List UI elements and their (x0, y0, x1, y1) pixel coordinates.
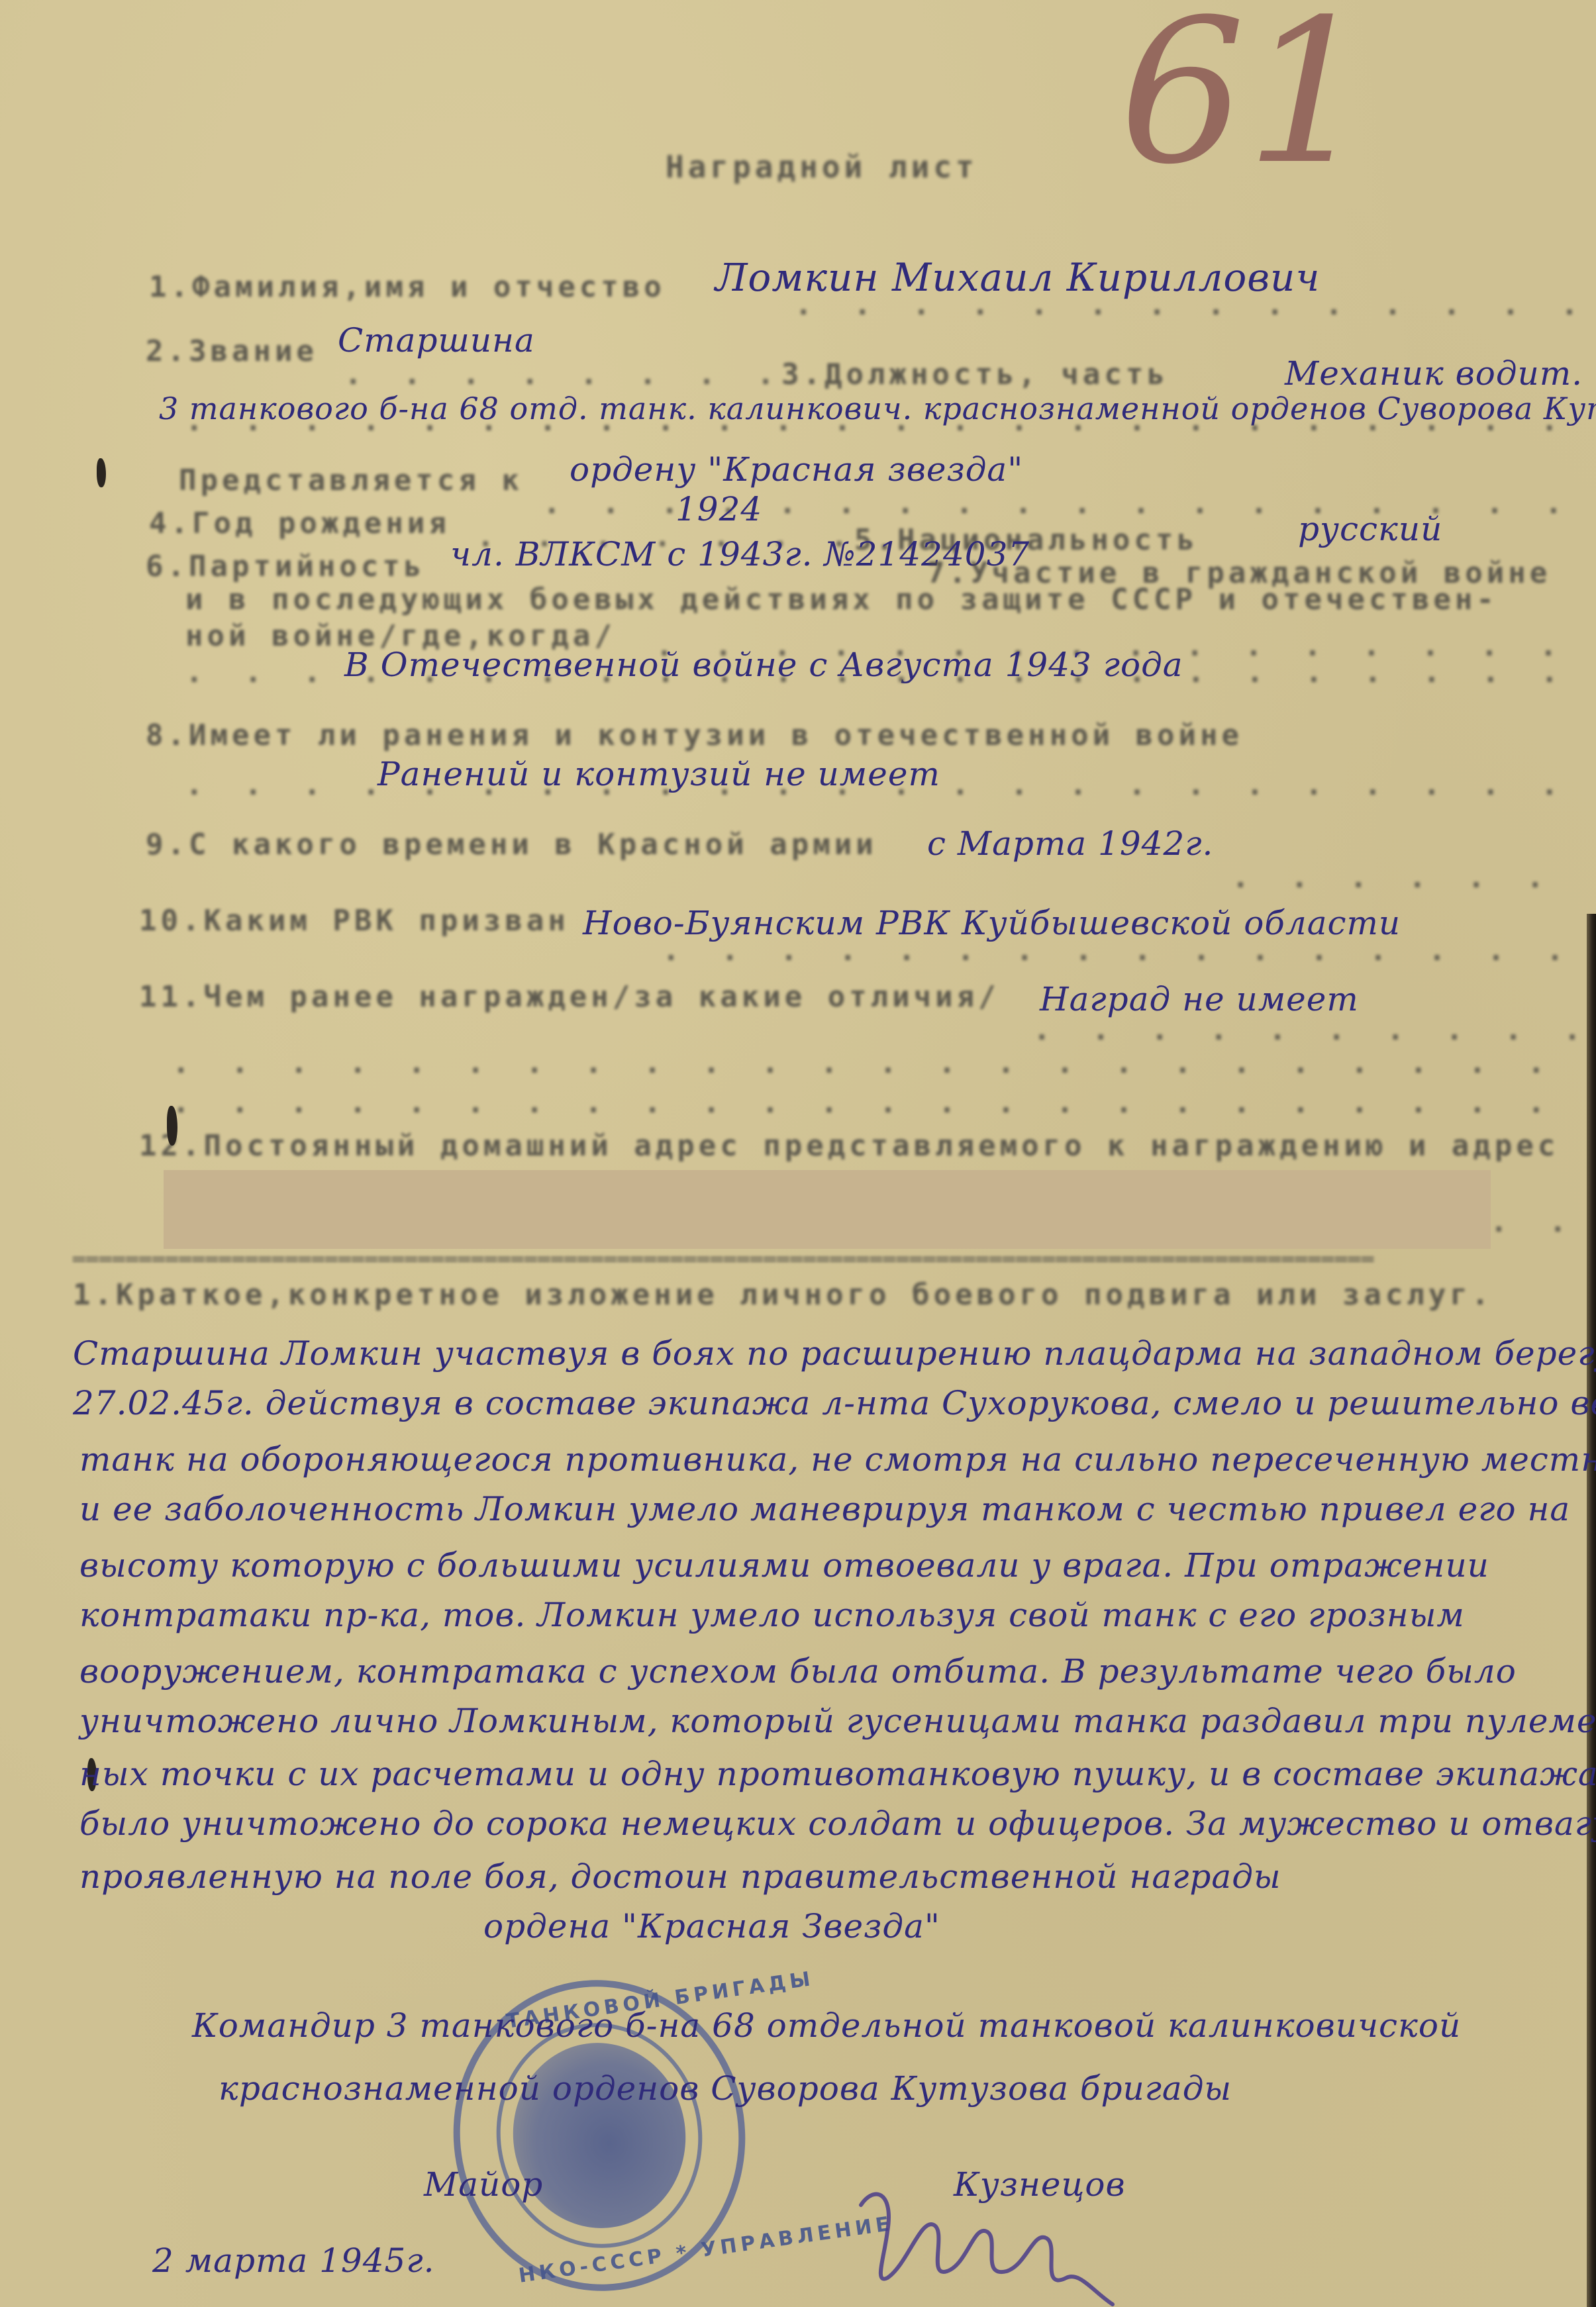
presented-label: Представляется к (179, 464, 523, 497)
presented-value: ордену "Красная звезда" (570, 450, 1023, 489)
field-11-dotted-line-2: . . . . . . . . . . . . . . . . . . . . … (172, 1046, 1589, 1080)
narrative-line: ордена "Красная Звезда" (483, 1907, 940, 1945)
field-4-label: 4.Год рождения (149, 507, 450, 540)
field-3-value: Механик водит. т-34 (1285, 354, 1596, 393)
scan-edge-shadow (1587, 914, 1596, 2307)
archive-page-number: 61 (1119, 0, 1372, 192)
paper-damage-mark (97, 458, 106, 487)
field-10-label: 10.Каким РВК призван (139, 904, 570, 938)
narrative-line: ных точки с их расчетами и одну противот… (79, 1755, 1596, 1793)
narrative-line: высоту которую с большими усилиями отвое… (79, 1546, 1489, 1585)
narrative-line: танк на обороняющегося противника, не см… (79, 1440, 1596, 1479)
narrative-line: Старшина Ломкин участвуя в боях по расши… (73, 1334, 1596, 1373)
field-9-dotted-line: . . . . . . . . . . . . . . (1232, 861, 1589, 895)
field-2-value: Старшина (338, 321, 535, 360)
field-11-label: 11.Чем ранее награжден/за какие отличия/ (139, 980, 1000, 1014)
handwritten-signature-icon (848, 2179, 1126, 2307)
field-2-dotted-line: . . . . . . . . . . . . . . . . . . . (344, 358, 768, 391)
field-3-label: 3.Должность, часть (781, 358, 1169, 391)
field-1-label: 1.Фамилия,имя и отчество (149, 270, 666, 304)
section-1-label: 1.Краткое,конкретное изложение личного б… (73, 1278, 1493, 1312)
redacted-address-block (164, 1170, 1491, 1249)
signatory-rank: Майор (424, 2165, 543, 2204)
signatory-position-line2: краснознаменной орденов Суворова Кутузов… (219, 2069, 1232, 2108)
narrative-line: 27.02.45г. действуя в составе экипажа л-… (73, 1384, 1596, 1422)
field-9-value: с Марта 1942г. (927, 824, 1213, 863)
narrative-line: проявленную на поле боя, достоин правите… (79, 1857, 1281, 1896)
signatory-position-line1: Командир 3 танкового б-на 68 отдельной т… (192, 2006, 1461, 2045)
field-12-dotted-line: . . . (1490, 1205, 1589, 1239)
narrative-line: уничтожено лично Ломкиным, который гусен… (79, 1702, 1596, 1740)
document-title: Наградной лист (666, 149, 978, 185)
field-8-label: 8.Имеет ли ранения и контузии в отечеств… (146, 718, 1243, 752)
narrative-line: вооружением, контратака с успехом была о… (79, 1652, 1517, 1691)
field-3-dotted-line: . . . . . . . . . . . . . . . . . . . . … (185, 404, 1576, 438)
signing-date: 2 марта 1945г. (152, 2241, 435, 2280)
separator-line: ════════════════════════════════════════… (73, 1248, 1375, 1271)
field-1-dotted-line: . . . . . . . . . . . . . . . . . . . . … (795, 288, 1589, 322)
field-5-value: русский (1298, 510, 1442, 548)
field-11-dotted-line-3: . . . . . . . . . . . . . . . . . . . . … (172, 1086, 1589, 1120)
field-8-dotted-line: . . . . . . . . . . . . . . . . . . . . … (185, 768, 1576, 802)
field-6-label: 6.Партийность (146, 550, 425, 583)
field-9-label: 9.С какого времени в Красной армии (146, 828, 877, 861)
field-7-dotted-line-2: . . . . . . . . . . . . . . . . . . . . … (185, 656, 1576, 689)
field-2-label: 2.Звание (146, 334, 318, 368)
field-10-dotted-line: . . . . . . . . . . . . . . . . . . . . … (662, 934, 1589, 967)
narrative-line: контратаки пр-ка, тов. Ломкин умело испо… (79, 1596, 1465, 1634)
field-7-label-line2: и в последующих боевых действиях по защи… (185, 583, 1498, 616)
narrative-line: было уничтожено до сорока немецких солда… (79, 1804, 1596, 1843)
field-11-dotted-line: . . . . . . . . . . . . . . . . . . . . … (1033, 1013, 1589, 1047)
narrative-line: и ее заболоченность Ломкин умело маневри… (79, 1490, 1570, 1528)
field-12-label: 12.Постоянный домашний адрес представляе… (139, 1129, 1559, 1163)
award-sheet-page: 61 Наградной лист 1.Фамилия,имя и отчест… (0, 0, 1596, 2307)
